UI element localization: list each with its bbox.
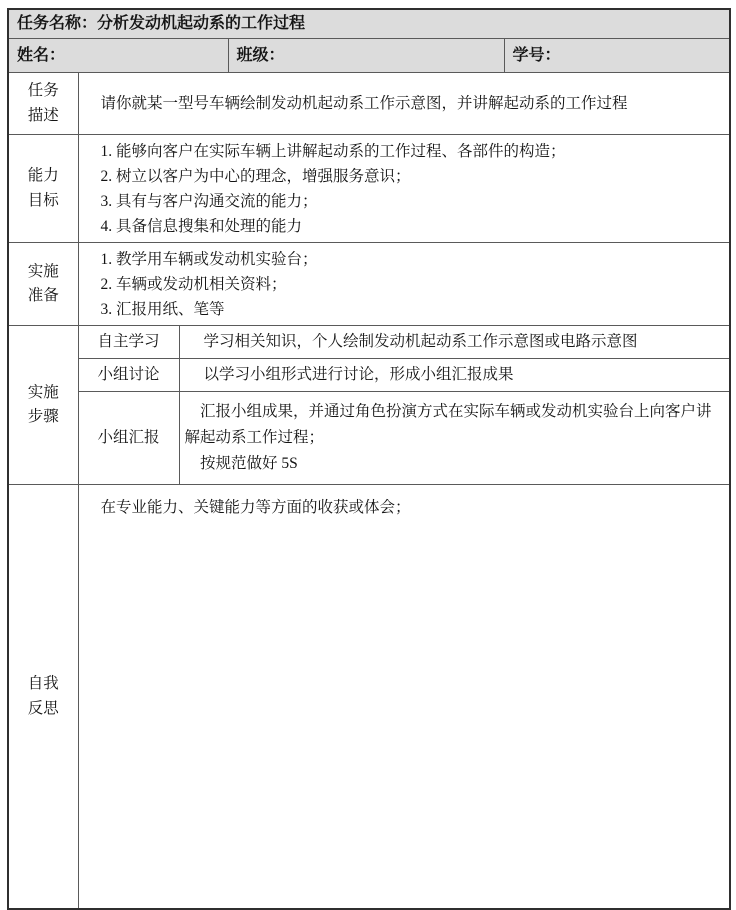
- reflection-row: 自我 反思 在专业能力、关键能力等方面的收获或体会；: [8, 485, 730, 910]
- ability-goals-content: 1. 能够向客户在实际车辆上讲解起动系的工作过程、各部件的构造； 2. 树立以客…: [78, 135, 730, 243]
- step-content-group-discussion: 以学习小组形式进行讨论，形成小组汇报成果: [179, 359, 730, 392]
- goal-item: 1. 能够向客户在实际车辆上讲解起动系的工作过程、各部件的构造；: [101, 139, 720, 164]
- steps-row-group-discussion: 小组讨论 以学习小组形式进行讨论，形成小组汇报成果: [8, 359, 730, 392]
- task-title: 任务名称：分析发动机起动系的工作过程: [17, 15, 305, 32]
- steps-label: 实施 步骤: [8, 326, 78, 485]
- step-name-group-report: 小组汇报: [78, 392, 179, 485]
- student-id-label: 学号：: [513, 47, 561, 64]
- task-sheet-table: 任务名称：分析发动机起动系的工作过程 姓名： 班级： 学号： 任务 描述 请你就…: [7, 8, 731, 910]
- preparation-row: 实施 准备 1. 教学用车辆或发动机实验台； 2. 车辆或发动机相关资料； 3.…: [8, 243, 730, 326]
- name-label: 姓名：: [17, 47, 65, 64]
- preparation-content: 1. 教学用车辆或发动机实验台； 2. 车辆或发动机相关资料； 3. 汇报用纸、…: [78, 243, 730, 326]
- task-title-cell: 任务名称：分析发动机起动系的工作过程: [8, 9, 730, 39]
- goal-item: 3. 具有与客户沟通交流的能力；: [101, 189, 720, 214]
- preparation-label: 实施 准备: [8, 243, 78, 326]
- step-name-group-discussion: 小组讨论: [78, 359, 179, 392]
- step-content-self-study: 学习相关知识，个人绘制发动机起动系工作示意图或电路示意图: [179, 326, 730, 359]
- class-cell: 班级：: [228, 39, 504, 73]
- task-worksheet: 任务名称：分析发动机起动系的工作过程 姓名： 班级： 学号： 任务 描述 请你就…: [7, 8, 731, 910]
- title-row: 任务名称：分析发动机起动系的工作过程: [8, 9, 730, 39]
- task-desc-label: 任务 描述: [8, 73, 78, 135]
- goal-item: 4. 具备信息搜集和处理的能力: [101, 214, 720, 239]
- task-desc-content: 请你就某一型号车辆绘制发动机起动系工作示意图，并讲解起动系的工作过程: [78, 73, 730, 135]
- step-name-self-study: 自主学习: [78, 326, 179, 359]
- ability-goals-row: 能力 目标 1. 能够向客户在实际车辆上讲解起动系的工作过程、各部件的构造； 2…: [8, 135, 730, 243]
- ability-goals-label: 能力 目标: [8, 135, 78, 243]
- reflection-label: 自我 反思: [8, 485, 78, 910]
- student-id-cell: 学号：: [504, 39, 730, 73]
- reflection-content: 在专业能力、关键能力等方面的收获或体会；: [78, 485, 730, 910]
- task-desc-row: 任务 描述 请你就某一型号车辆绘制发动机起动系工作示意图，并讲解起动系的工作过程: [8, 73, 730, 135]
- preparation-item: 1. 教学用车辆或发动机实验台；: [101, 247, 720, 272]
- goal-item: 2. 树立以客户为中心的理念，增强服务意识；: [101, 164, 720, 189]
- preparation-item: 2. 车辆或发动机相关资料；: [101, 272, 720, 297]
- name-cell: 姓名：: [8, 39, 228, 73]
- steps-row-self-study: 实施 步骤 自主学习 学习相关知识，个人绘制发动机起动系工作示意图或电路示意图: [8, 326, 730, 359]
- info-row: 姓名： 班级： 学号：: [8, 39, 730, 73]
- steps-row-group-report: 小组汇报 汇报小组成果，并通过角色扮演方式在实际车辆或发动机实验台上向客户讲解起…: [8, 392, 730, 485]
- class-label: 班级：: [237, 47, 285, 64]
- step-content-group-report: 汇报小组成果，并通过角色扮演方式在实际车辆或发动机实验台上向客户讲解起动系工作过…: [179, 392, 730, 485]
- preparation-item: 3. 汇报用纸、笔等: [101, 297, 720, 322]
